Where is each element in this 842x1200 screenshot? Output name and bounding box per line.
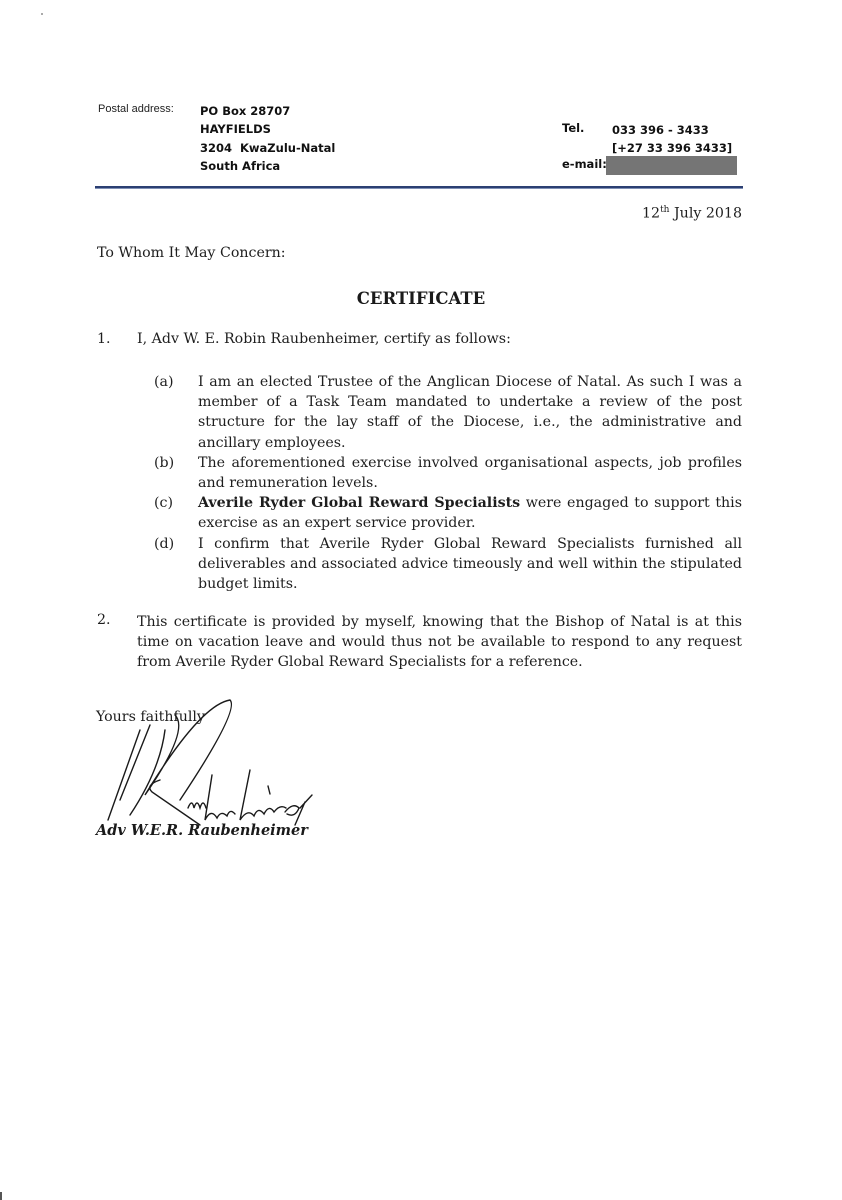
postal-address: PO Box 28707 HAYFIELDS 3204 KwaZulu-Nata…	[200, 102, 335, 175]
list-item: (c) Averile Ryder Global Reward Speciali…	[154, 493, 742, 533]
scan-edge-mark	[0, 1192, 2, 1200]
item-text: I confirm that Averile Ryder Global Rewa…	[198, 534, 742, 595]
scan-speck	[41, 13, 43, 15]
address-line: 3204 KwaZulu-Natal	[200, 139, 335, 157]
item-text: I am an elected Trustee of the Anglican …	[198, 372, 742, 453]
paragraph-number: 1.	[97, 331, 111, 347]
salutation: To Whom It May Concern:	[97, 245, 286, 261]
paragraph-number: 2.	[97, 612, 111, 628]
item-label: (d)	[154, 534, 174, 554]
postal-address-label: Postal address:	[98, 103, 174, 115]
certificate-page: Postal address: PO Box 28707 HAYFIELDS 3…	[0, 0, 842, 1200]
list-item: (b) The aforementioned exercise involved…	[154, 453, 742, 493]
email-redaction-box	[606, 156, 737, 175]
company-name: Averile Ryder Global Reward Specialists	[198, 495, 520, 511]
address-line: South Africa	[200, 157, 335, 175]
telephone-international: [+27 33 396 3433]	[612, 139, 732, 157]
paragraph-2-text: This certificate is provided by myself, …	[137, 612, 742, 673]
item-label: (c)	[154, 493, 173, 513]
telephone-label: Tel.	[562, 121, 584, 135]
list-item: (a) I am an elected Trustee of the Angli…	[154, 372, 742, 453]
address-line: PO Box 28707	[200, 102, 335, 120]
list-item: (d) I confirm that Averile Ryder Global …	[154, 534, 742, 595]
item-label: (b)	[154, 453, 174, 473]
item-label: (a)	[154, 372, 174, 392]
date-day: 12	[642, 206, 660, 222]
signatory-name: Adv W.E.R. Raubenheimer	[96, 822, 308, 839]
telephone-local: 033 396 - 3433	[612, 121, 732, 139]
certification-items: (a) I am an elected Trustee of the Angli…	[154, 372, 742, 594]
item-text: Averile Ryder Global Reward Specialists …	[198, 493, 742, 533]
address-line: HAYFIELDS	[200, 120, 335, 138]
letterhead-divider	[95, 186, 743, 188]
date-month-year: July 2018	[669, 206, 742, 222]
telephone-numbers: 033 396 - 3433 [+27 33 396 3433]	[612, 121, 732, 158]
item-text: The aforementioned exercise involved org…	[198, 453, 742, 493]
email-label: e-mail:	[562, 157, 607, 171]
paragraph-1-text: I, Adv W. E. Robin Raubenheimer, certify…	[137, 331, 511, 347]
document-title: CERTIFICATE	[0, 289, 842, 308]
letter-date: 12th July 2018	[642, 205, 742, 222]
